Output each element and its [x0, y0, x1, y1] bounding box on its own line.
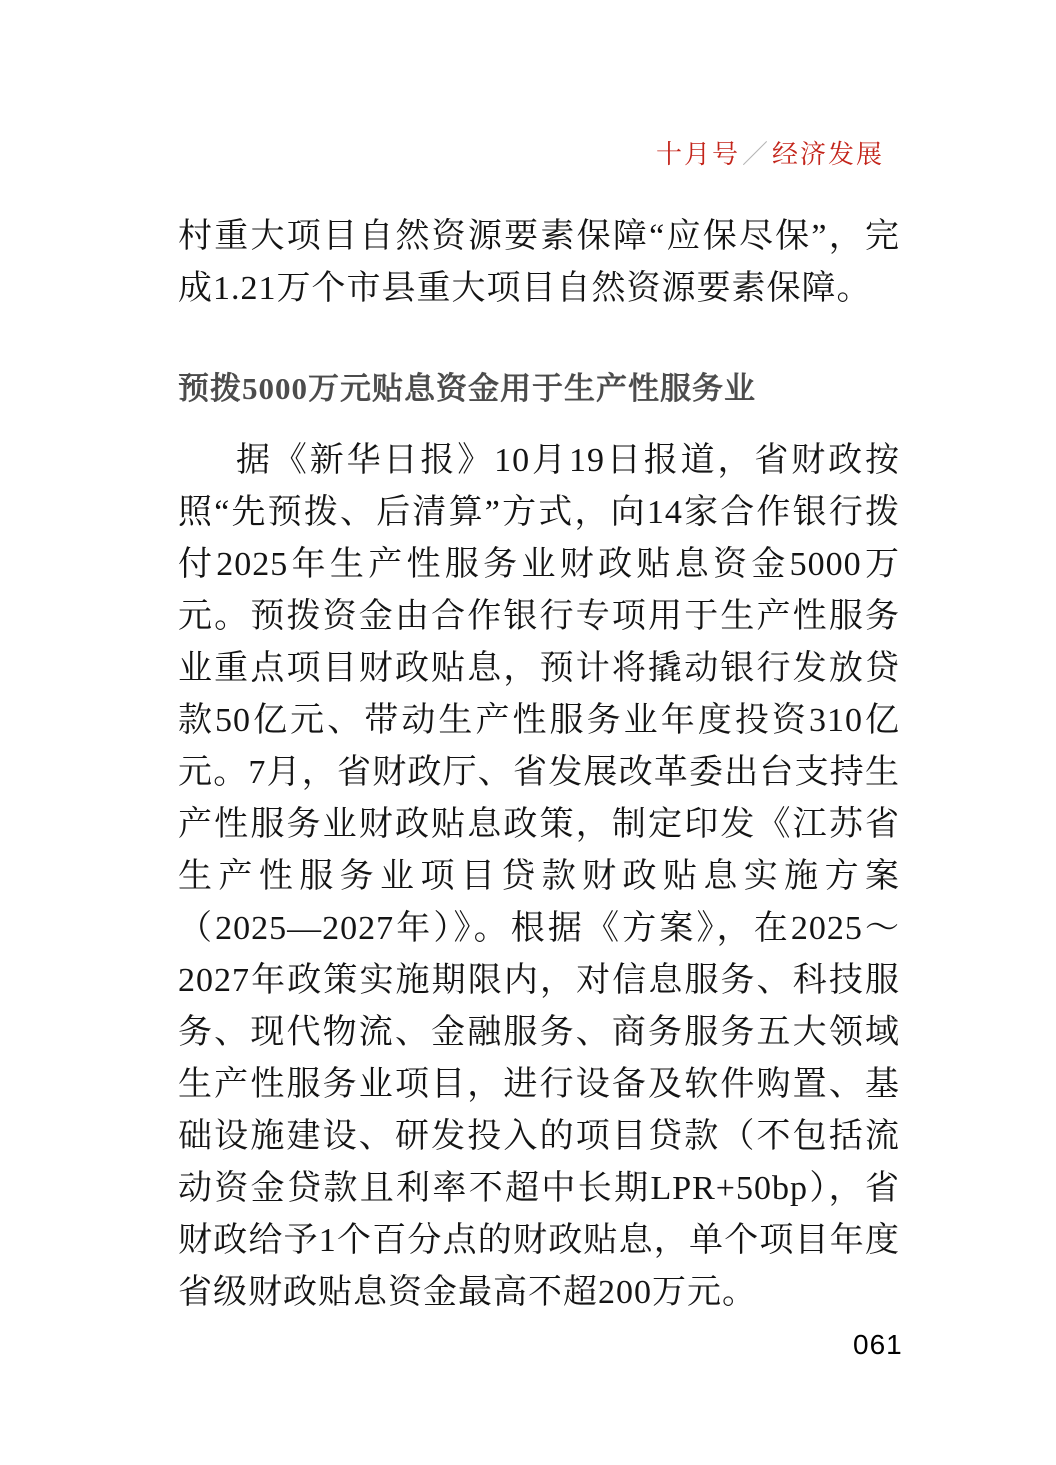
running-header: 十月号／经济发展 [656, 139, 884, 171]
header-section-label: 经济发展 [772, 140, 884, 169]
article-body-paragraph: 据《新华日报》10月19日报道，省财政按照“先预拨、后清算”方式，向14家合作银… [178, 435, 900, 1319]
header-month-label: 十月号 [656, 140, 740, 169]
magazine-page: 十月号／经济发展 村重大项目自然资源要素保障“应保尽保”，完成1.21万个市县重… [0, 0, 1056, 1465]
page-number: 061 [853, 1329, 903, 1361]
article-heading: 预拨5000万元贴息资金用于生产性服务业 [178, 368, 900, 410]
paragraph-continuation: 村重大项目自然资源要素保障“应保尽保”，完成1.21万个市县重大项目自然资源要素… [178, 211, 900, 315]
header-separator: ／ [740, 140, 772, 169]
